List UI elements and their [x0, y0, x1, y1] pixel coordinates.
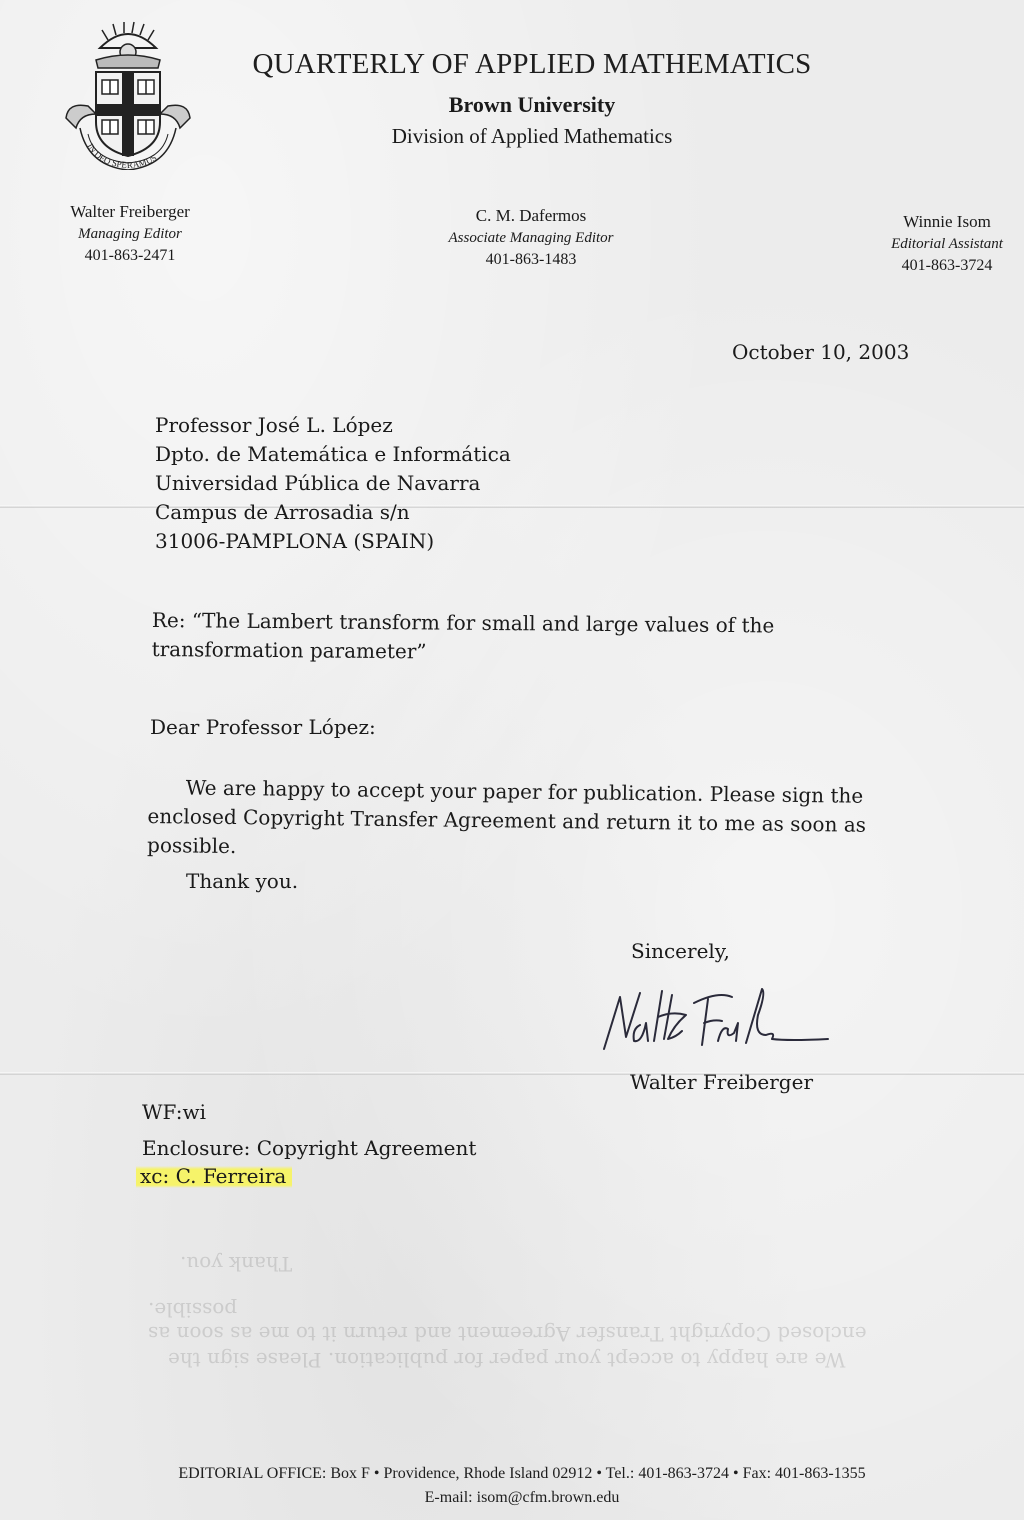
enclosure-line: Enclosure: Copyright Agreement	[142, 1134, 476, 1163]
staff-role: Editorial Assistant	[862, 233, 1024, 255]
subject-line: Re: “The Lambert transform for small and…	[151, 606, 851, 670]
subject-line-2: transformation parameter”	[151, 635, 851, 670]
address-line: Dpto. de Matemática e Informática	[155, 440, 511, 469]
address-line: Professor José L. López	[155, 411, 511, 440]
bleed-through-text: Thank you.	[180, 1252, 292, 1276]
closing: Sincerely,	[631, 937, 730, 966]
staff-name: Walter Freiberger	[40, 201, 220, 223]
staff-phone: 401-863-2471	[40, 245, 220, 267]
salutation: Dear Professor López:	[150, 713, 376, 742]
carbon-copy-line: xc: C. Ferreira	[142, 1162, 292, 1191]
body-paragraph: We are happy to accept your paper for pu…	[147, 773, 918, 869]
address-line: Universidad Pública de Navarra	[155, 469, 511, 498]
recipient-address: Professor José L. López Dpto. de Matemát…	[155, 411, 511, 556]
signer-name: Walter Freiberger	[630, 1068, 813, 1097]
reference-initials: WF:wi	[142, 1098, 206, 1127]
handwritten-signature: Walt Freib	[598, 985, 838, 1055]
highlighted-cc: xc: C. Ferreira	[136, 1164, 292, 1188]
division-name: Division of Applied Mathematics	[0, 124, 1024, 149]
staff-phone: 401-863-3724	[862, 255, 1024, 277]
paper-fold-crease	[0, 505, 1024, 508]
staff-name: C. M. Dafermos	[420, 205, 642, 227]
letter-date: October 10, 2003	[732, 340, 909, 364]
staff-phone: 401-863-1483	[420, 249, 642, 271]
bleed-through-text: We are happy to accept your paper for pu…	[168, 1348, 845, 1372]
paper-fold-crease	[0, 1072, 1024, 1075]
address-line: Campus de Arrosadia s/n	[155, 498, 511, 527]
staff-role: Associate Managing Editor	[420, 227, 642, 249]
editorial-office-address: EDITORIAL OFFICE: Box F • Providence, Rh…	[0, 1465, 1024, 1483]
bleed-through-text: enclosed Copyright Transfer Agreement an…	[148, 1322, 867, 1346]
editorial-office-email: E-mail: isom@cfm.brown.edu	[0, 1489, 1024, 1507]
journal-title: QUARTERLY OF APPLIED MATHEMATICS	[0, 48, 1024, 81]
university-name: Brown University	[0, 92, 1024, 118]
bleed-through-text: possible.	[148, 1298, 237, 1322]
staff-associate-managing-editor: C. M. Dafermos Associate Managing Editor…	[420, 205, 642, 271]
thanks-line: Thank you.	[186, 867, 298, 896]
staff-editorial-assistant: Winnie Isom Editorial Assistant 401-863-…	[862, 211, 1024, 277]
address-line: 31006-PAMPLONA (SPAIN)	[155, 527, 511, 556]
staff-role: Managing Editor	[40, 223, 220, 245]
staff-name: Winnie Isom	[862, 211, 1024, 233]
staff-managing-editor: Walter Freiberger Managing Editor 401-86…	[40, 201, 220, 267]
